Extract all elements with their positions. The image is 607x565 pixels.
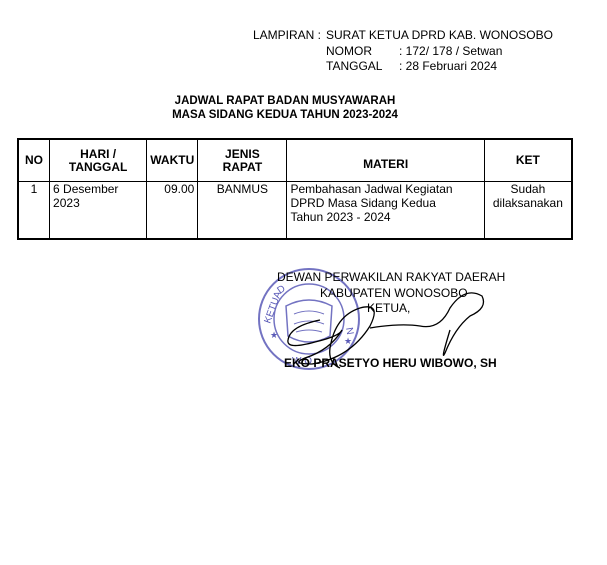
header-materi: MATERI <box>287 139 484 182</box>
nomor-value: : 172/ 178 / Setwan <box>399 44 502 60</box>
cell-hari-line-2: 2023 <box>53 196 80 210</box>
table-row: 1 6 Desember 2023 09.00 BANMUS Pembahasa… <box>18 182 572 240</box>
table-header-row: NO HARI / TANGGAL WAKTU JENIS RAPAT MATE… <box>18 139 572 182</box>
document-title: JADWAL RAPAT BADAN MUSYAWARAH MASA SIDAN… <box>0 95 570 122</box>
title-line-1: JADWAL RAPAT BADAN MUSYAWARAH <box>0 95 570 109</box>
header-no: NO <box>18 139 50 182</box>
cell-no: 1 <box>18 182 50 240</box>
cell-materi-line-1: Pembahasan Jadwal Kegiatan <box>290 182 452 196</box>
header-tanggal: TANGGAL <box>69 160 127 174</box>
signature-block: KETUA D N ★ ★ W O DEWAN PERWAKILAN RAKYA… <box>250 268 550 378</box>
cell-waktu: 09.00 <box>147 182 198 240</box>
cell-ket: Sudah dilaksanakan <box>484 182 572 240</box>
header-rapat: RAPAT <box>223 160 263 174</box>
tanggal-value: : 28 Februari 2024 <box>399 59 497 75</box>
header-hari-tanggal: HARI / TANGGAL <box>50 139 147 182</box>
cell-hari-line-1: 6 Desember <box>53 182 118 196</box>
handwritten-signature-icon <box>250 268 550 378</box>
cell-materi-line-3: Tahun 2023 - 2024 <box>290 210 390 224</box>
schedule-table: NO HARI / TANGGAL WAKTU JENIS RAPAT MATE… <box>17 138 573 240</box>
cell-materi: Pembahasan Jadwal Kegiatan DPRD Masa Sid… <box>287 182 484 240</box>
header-ket: KET <box>484 139 572 182</box>
lampiran-value: SURAT KETUA DPRD KAB. WONOSOBO <box>326 28 553 44</box>
lampiran-label: LAMPIRAN : <box>253 28 321 44</box>
cell-ket-line-1: Sudah <box>511 182 546 196</box>
cell-jenis-rapat: BANMUS <box>198 182 287 240</box>
cell-materi-line-2: DPRD Masa Sidang Kedua <box>290 196 435 210</box>
cell-ket-line-2: dilaksanakan <box>493 196 563 210</box>
title-line-2: MASA SIDANG KEDUA TAHUN 2023-2024 <box>0 109 570 123</box>
header-jenis-rapat: JENIS RAPAT <box>198 139 287 182</box>
tanggal-label: TANGGAL <box>326 59 382 75</box>
cell-hari-tanggal: 6 Desember 2023 <box>50 182 147 240</box>
header-waktu: WAKTU <box>147 139 198 182</box>
nomor-label: NOMOR <box>326 44 372 60</box>
